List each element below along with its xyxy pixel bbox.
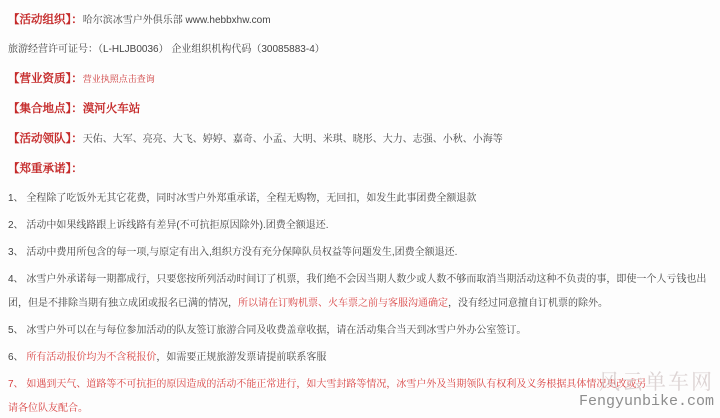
meeting-point-row: 【集合地点】：漠河火车站 xyxy=(8,97,714,122)
license-text: 旅游经营许可证号：（L-HLJB0036） 企业组织机构代码（30085883-… xyxy=(8,44,325,55)
organizer-row: 【活动组织】：哈尔滨冰雪户外俱乐部 www.hebbxhw.com xyxy=(8,8,714,33)
promise-item-3: 3、 活动中费用所包含的每一项,与原定有出入,组织方没有充分保障队员权益等问题发… xyxy=(8,241,714,265)
organizer-label: 【活动组织】： xyxy=(8,14,83,26)
activity-info-document: 【活动组织】：哈尔滨冰雪户外俱乐部 www.hebbxhw.com 旅游经营许可… xyxy=(0,0,720,418)
license-row: 旅游经营许可证号：（L-HLJB0036） 企业组织机构代码（30085883-… xyxy=(8,38,714,62)
promise-item-4: 4、 冰雪户外承诺每一期都成行，只要您按所列活动时间订了机票，我们绝不会因当期人… xyxy=(8,268,714,316)
site-watermark: 风云单车网 Fengyunbike.com xyxy=(579,372,714,410)
organizer-value: 哈尔滨冰雪户外俱乐部 www.hebbxhw.com xyxy=(83,15,271,26)
promise-6-number: 6、 xyxy=(8,352,26,363)
watermark-chinese: 风云单车网 xyxy=(579,372,714,394)
promise-item-6: 6、 所有活动报价均为不含税报价，如需要正规旅游发票请提前联系客服 xyxy=(8,346,714,370)
promise-heading: 【郑重承诺】： xyxy=(8,163,83,175)
promise-4-tail: ，没有经过同意擅自订机票的除外。 xyxy=(448,298,608,309)
promise-4-red-warning: 所以请在订购机票、火车票之前与客服沟通确定 xyxy=(238,298,448,309)
promise-item-2: 2、 活动中如果线路跟上诉线路有差异(不可抗拒原因除外).团费全额退还. xyxy=(8,214,714,238)
promise-item-5: 5、 冰雪户外可以在与每位参加活动的队友签订旅游合同及收费盖章收据，请在活动集合… xyxy=(8,319,714,343)
promise-6-tail: ，如需要正规旅游发票请提前联系客服 xyxy=(156,352,326,363)
meeting-point-value: 漠河火车站 xyxy=(83,103,141,115)
business-license-link[interactable]: 营业执照点击查询 xyxy=(83,74,155,84)
meeting-point-label: 【集合地点】： xyxy=(8,103,83,115)
leaders-row: 【活动领队】：天佑、大军、亮亮、大飞、婷婷、嘉奇、小孟、大明、米琪、晓彤、大力、… xyxy=(8,127,714,152)
qualification-row: 【营业资质】：营业执照点击查询 xyxy=(8,67,714,92)
leaders-label: 【活动领队】： xyxy=(8,133,83,145)
leaders-value: 天佑、大军、亮亮、大飞、婷婷、嘉奇、小孟、大明、米琪、晓彤、大力、志强、小秋、小… xyxy=(83,134,503,145)
watermark-domain: Fengyunbike.com xyxy=(579,394,714,410)
qualification-label: 【营业资质】： xyxy=(8,73,83,85)
promise-6-red-note: 所有活动报价均为不含税报价 xyxy=(26,352,156,363)
promise-item-1: 1、 全程除了吃饭外无其它花费，同时冰雪户外郑重承诺，全程无购物，无回扣，如发生… xyxy=(8,187,714,211)
promise-heading-row: 【郑重承诺】： xyxy=(8,157,714,182)
